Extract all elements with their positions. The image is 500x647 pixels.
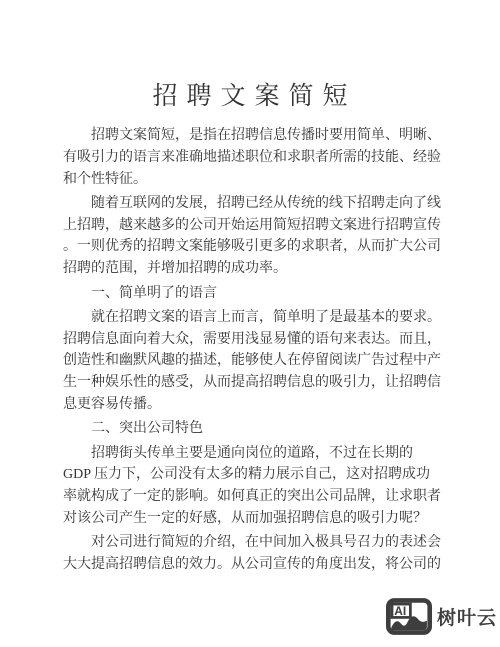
paragraph-5: 对公司进行简短的介绍，在中间加入极具号召力的表述会 大大提高招聘信息的效力。从公… <box>63 532 456 576</box>
document-body: 招聘文案简短，是指在招聘信息传播时要用简单、明晰、 有吸引力的语言来准确地描述职… <box>0 125 500 576</box>
paragraph-1: 招聘文案简短，是指在招聘信息传播时要用简单、明晰、 有吸引力的语言来准确地描述职… <box>63 125 456 190</box>
section-heading-1: 一、简单明了的语言 <box>63 283 456 305</box>
document-page: 招聘文案简短 招聘文案简短，是指在招聘信息传播时要用简单、明晰、 有吸引力的语言… <box>0 0 500 647</box>
svg-text:AI: AI <box>394 604 406 618</box>
paragraph-2: 随着互联网的发展，招聘已经从传统的线下招聘走向了线 上招聘，越来越多的公司开始运… <box>63 193 456 280</box>
page-title: 招聘文案简短 <box>0 0 500 114</box>
paragraph-4: 招聘街头传单主要是通向岗位的道路，不过在长期的 GDP 压力下，公司没有太多的精… <box>63 443 456 530</box>
watermark: AI 树叶云 <box>386 598 497 635</box>
ai-image-logo-icon: AI <box>386 598 432 635</box>
paragraph-3: 就在招聘文案的语言上而言，简单明了是最基本的要求。 招聘信息面向着大众，需要用浅… <box>63 307 456 416</box>
section-heading-2: 二、突出公司特色 <box>63 418 456 440</box>
brand-name: 树叶云 <box>437 603 497 630</box>
